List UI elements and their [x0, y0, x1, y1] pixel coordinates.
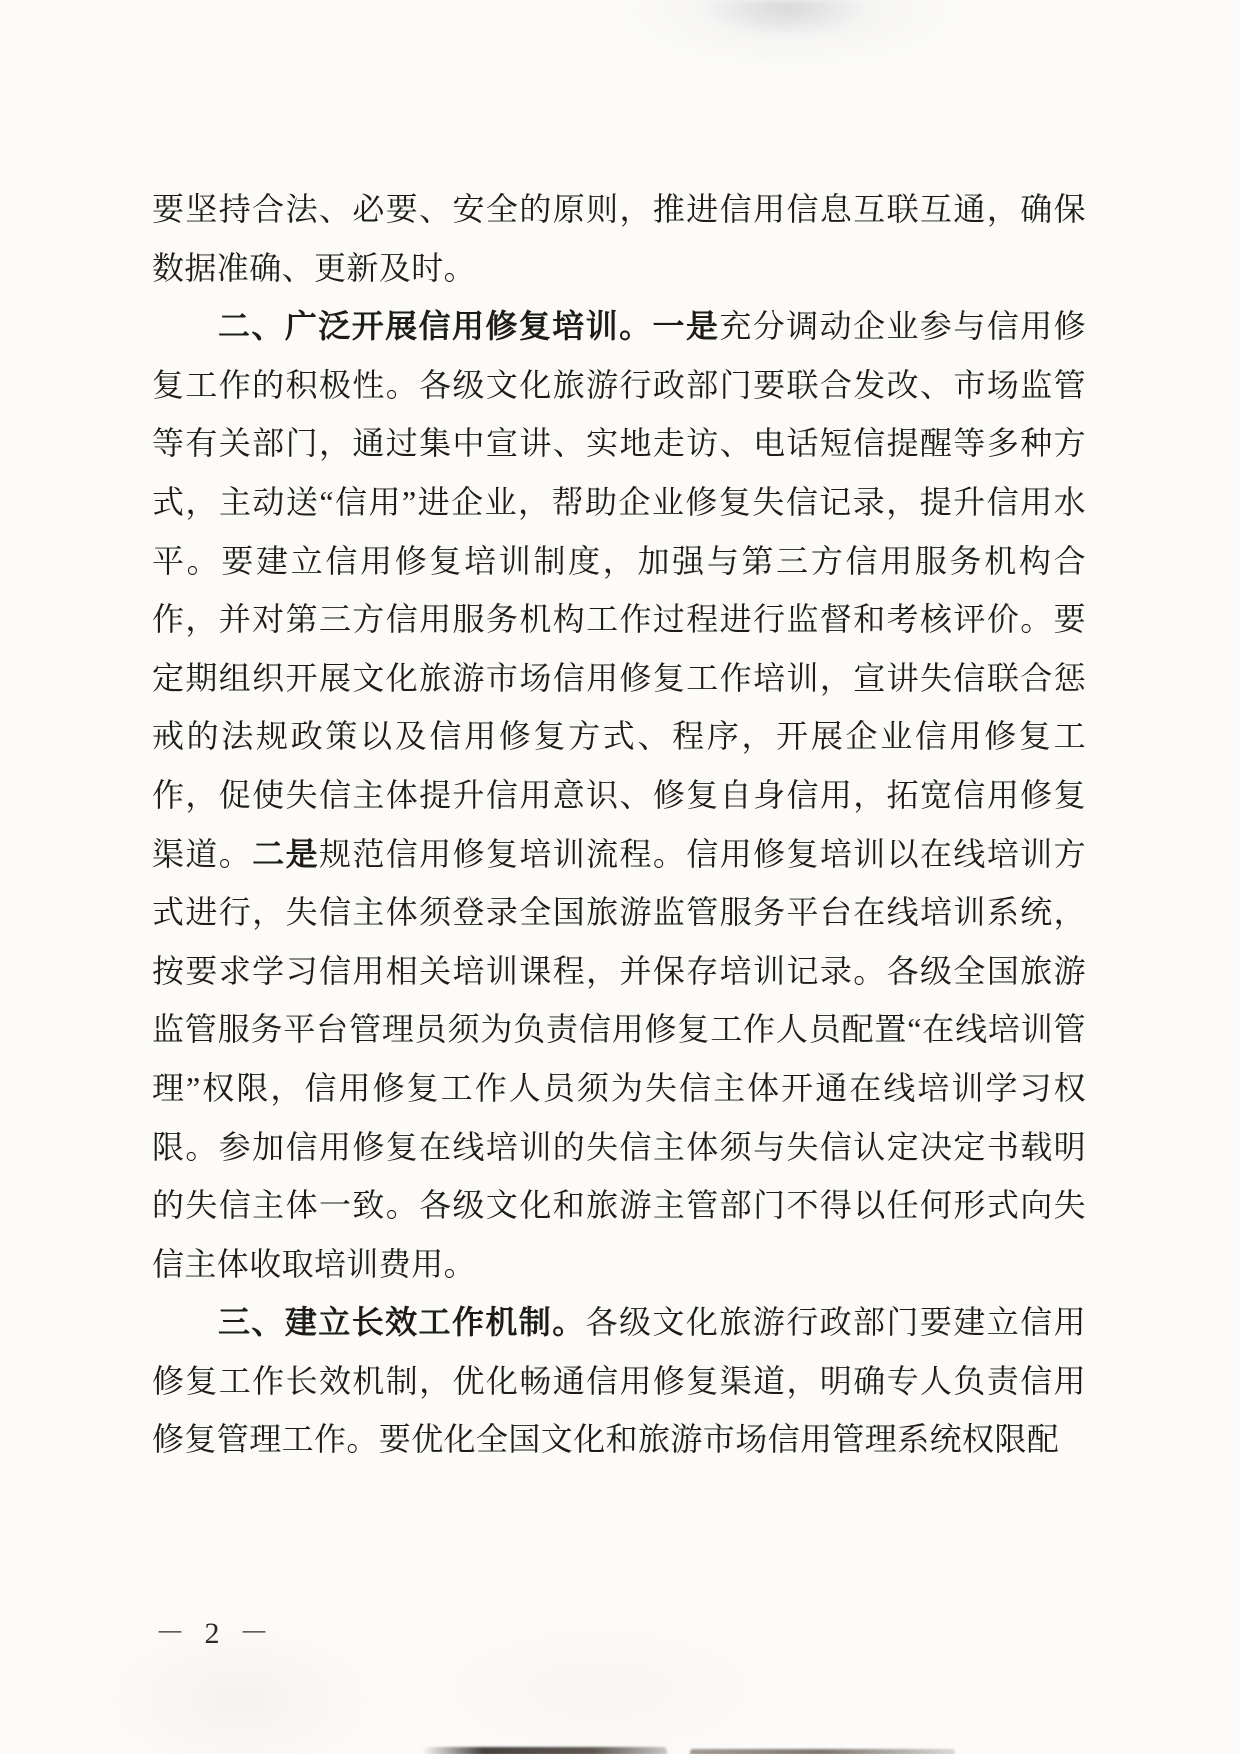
body-text: 充分调动企业参与信用修复工作的积极性。各级文化旅游行政部门要联合发改、市场监管等… [152, 308, 1086, 871]
scan-artifact-bottom-left [422, 1747, 667, 1754]
scanned-document-page: 要坚持合法、必要、安全的原则，推进信用信息互联互通，确保数据准确、更新及时。二、… [0, 0, 1240, 1754]
body-text: 要坚持合法、必要、安全的原则，推进信用信息互联互通，确保数据准确、更新及时。 [152, 191, 1086, 286]
page-number: － 2 － [155, 1608, 275, 1652]
scan-artifact-bottom-right [690, 1749, 955, 1754]
scan-artifact-top [700, 0, 870, 38]
emphasis-text: 一是 [653, 308, 720, 344]
paragraph: 三、建立长效工作机制。各级文化旅游行政部门要建立信用修复工作长效机制，优化畅通信… [152, 1293, 1086, 1469]
body-text: 规范信用修复培训流程。信用修复培训以在线培训方式进行，失信主体须登录全国旅游监管… [152, 836, 1086, 1282]
paragraph: 要坚持合法、必要、安全的原则，推进信用信息互联互通，确保数据准确、更新及时。 [152, 180, 1086, 297]
document-body: 要坚持合法、必要、安全的原则，推进信用信息互联互通，确保数据准确、更新及时。二、… [152, 180, 1086, 1469]
emphasis-text: 二是 [252, 836, 319, 872]
paragraph: 二、广泛开展信用修复培训。一是充分调动企业参与信用修复工作的积极性。各级文化旅游… [152, 297, 1086, 1293]
emphasis-text: 三、建立长效工作机制。 [218, 1304, 586, 1340]
emphasis-text: 二、广泛开展信用修复培训。 [218, 308, 653, 344]
